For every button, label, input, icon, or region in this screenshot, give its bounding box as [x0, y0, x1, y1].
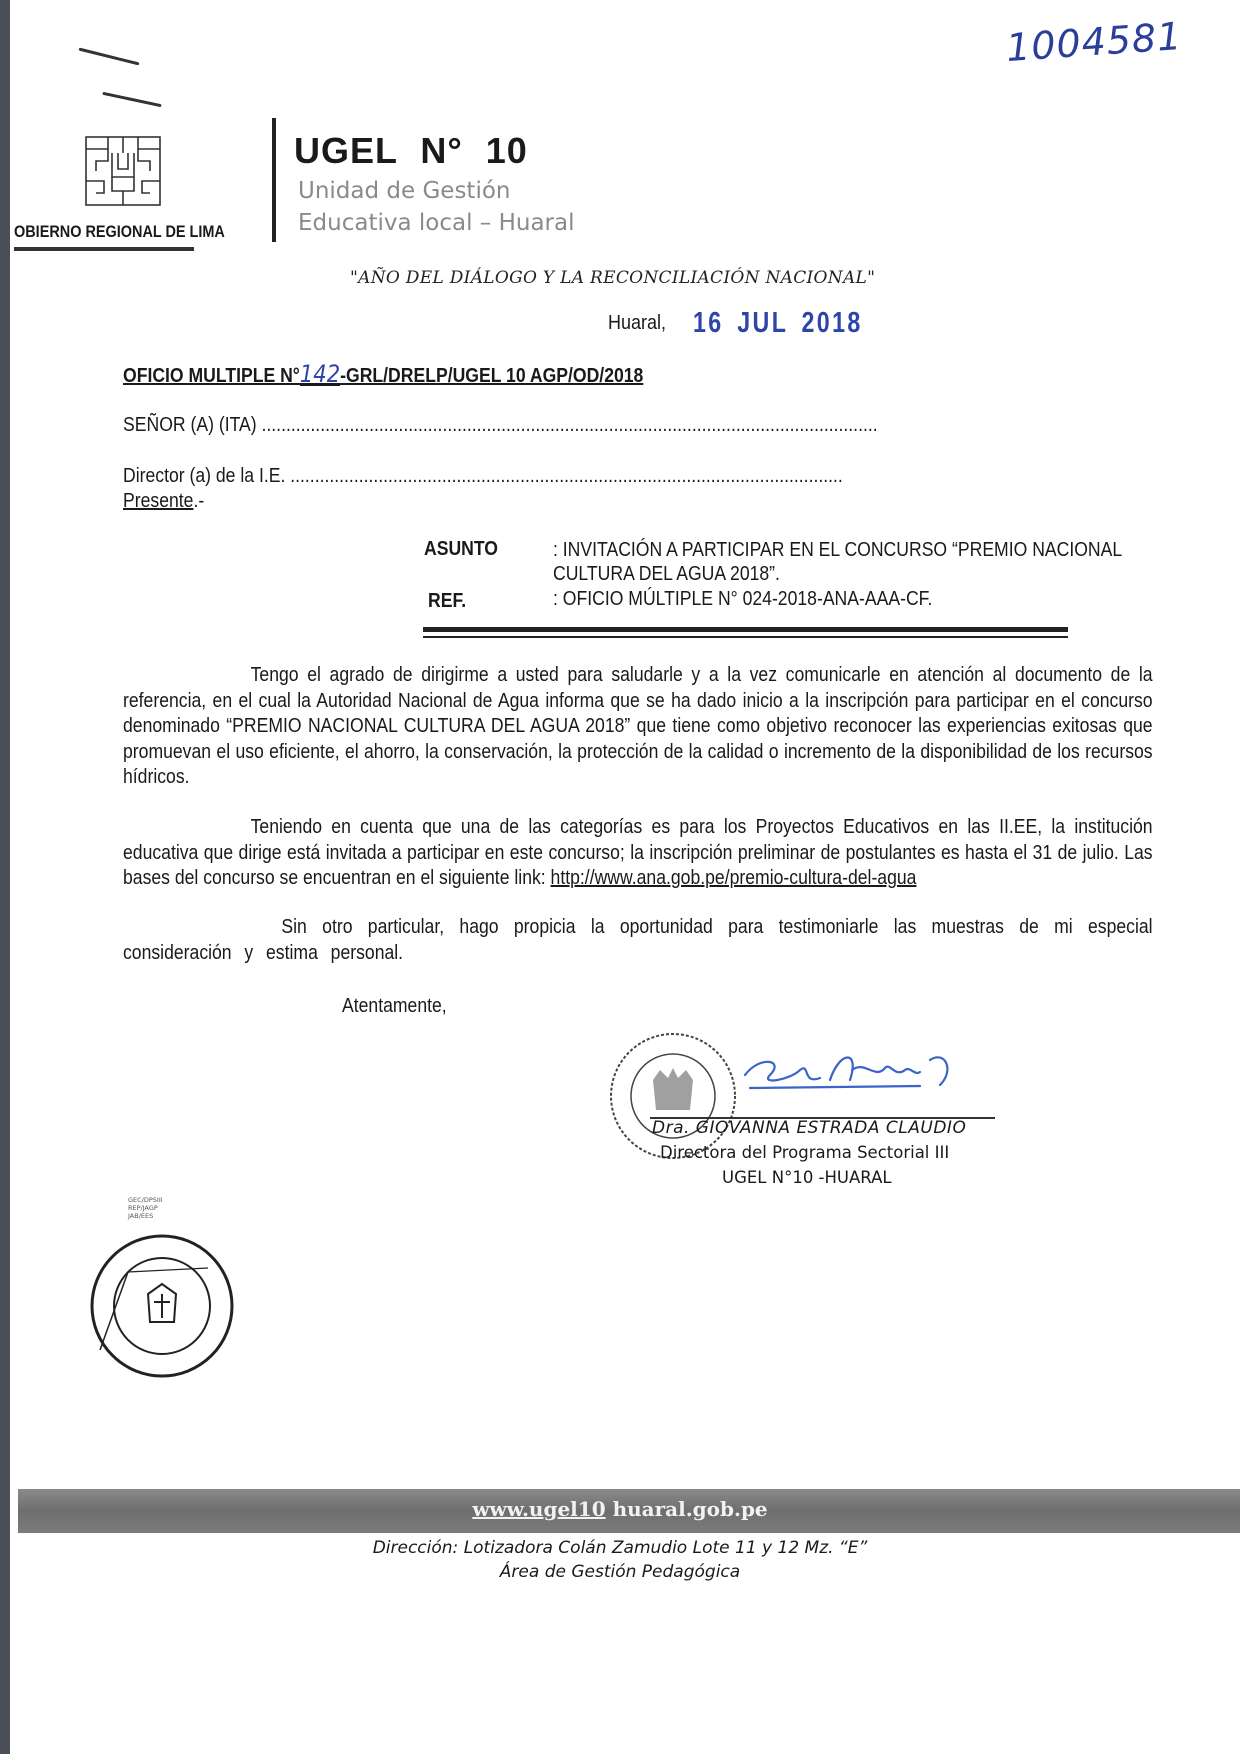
ref-value: : OFICIO MÚLTIPLE N° 024-2018-ANA-AAA-CF…	[553, 588, 932, 611]
signer-name: Dra. GIOVANNA ESTRADA CLAUDIO	[652, 1118, 966, 1138]
section-rule-thin	[423, 636, 1068, 638]
oficio-handwritten-number: 142	[300, 360, 340, 388]
footer-website-part2: huaral.gob.pe	[606, 1497, 768, 1521]
paragraph-3-text: Sin otro particular, hago propicia la op…	[123, 915, 1153, 966]
paragraph-1-text: Tengo el agrado de dirigirme a usted par…	[123, 663, 1153, 791]
recipient-institution-line: Director (a) de la I.E. ................…	[123, 465, 843, 488]
reference-initials: GEC/DPSIII REP/JAGP JAB/EES	[128, 1196, 163, 1220]
year-motto: "AÑO DEL DIÁLOGO Y LA RECONCILIACIÓN NAC…	[350, 268, 875, 288]
initials-line: JAB/EES	[128, 1212, 163, 1220]
oficio-suffix: -GRL/DRELP/UGEL 10 AGP/OD/2018	[340, 365, 643, 387]
footer-website[interactable]: www.ugel10 huaral.gob.pe	[0, 1497, 1240, 1521]
asunto-value: : INVITACIÓN A PARTICIPAR EN EL CONCURSO…	[553, 538, 1125, 586]
footer-area: Área de Gestión Pedagógica	[0, 1562, 1240, 1582]
oficio-number: OFICIO MULTIPLE N°142-GRL/DRELP/UGEL 10 …	[123, 360, 643, 388]
area-seal-icon	[88, 1232, 236, 1380]
staple-mark	[102, 92, 161, 107]
section-rule	[423, 627, 1068, 632]
staple-mark	[79, 48, 140, 66]
header-divider	[272, 118, 276, 242]
recipient-line: SEÑOR (A) (ITA) ........................…	[123, 414, 878, 437]
header-rule	[14, 247, 194, 251]
footer-website-part1: www.ugel10	[472, 1497, 605, 1521]
body-paragraph-3: Sin otro particular, hago propicia la op…	[123, 915, 1153, 966]
date-stamp: 16 JUL 2018	[693, 307, 863, 340]
footer-address: Dirección: Lotizadora Colán Zamudio Lote…	[0, 1538, 1240, 1558]
handwritten-register-number: 1004581	[1004, 14, 1183, 70]
regional-government-name: OBIERNO REGIONAL DE LIMA	[14, 222, 225, 242]
initials-line: GEC/DPSIII	[128, 1196, 163, 1204]
regional-government-logo-icon	[78, 135, 168, 207]
place: Huaral,	[608, 312, 666, 335]
presente: Presente.-	[123, 490, 204, 513]
oficio-prefix: OFICIO MULTIPLE N°	[123, 365, 300, 387]
initials-line: REP/JAGP	[128, 1204, 163, 1212]
contest-link[interactable]: http://www.ana.gob.pe/premio-cultura-del…	[551, 867, 917, 889]
ugel-subtitle-line2: Educativa local – Huaral	[298, 210, 575, 236]
signer-organization: UGEL N°10 -HUARAL	[722, 1168, 892, 1187]
ref-label: REF.	[428, 590, 466, 613]
ugel-title: UGEL N° 10	[294, 130, 528, 172]
signer-role: Directora del Programa Sectorial III	[660, 1143, 949, 1162]
body-paragraph-2: Teniendo en cuenta que una de las catego…	[123, 815, 1153, 892]
asunto-label: ASUNTO	[424, 538, 498, 561]
closing: Atentamente,	[342, 995, 447, 1018]
ugel-subtitle-line1: Unidad de Gestión	[298, 178, 510, 204]
body-paragraph-1: Tengo el agrado de dirigirme a usted par…	[123, 663, 1153, 791]
presente-suffix: .-	[193, 490, 204, 512]
scan-edge	[0, 0, 10, 1754]
signature-icon	[740, 1040, 970, 1100]
presente-word: Presente	[123, 490, 193, 512]
